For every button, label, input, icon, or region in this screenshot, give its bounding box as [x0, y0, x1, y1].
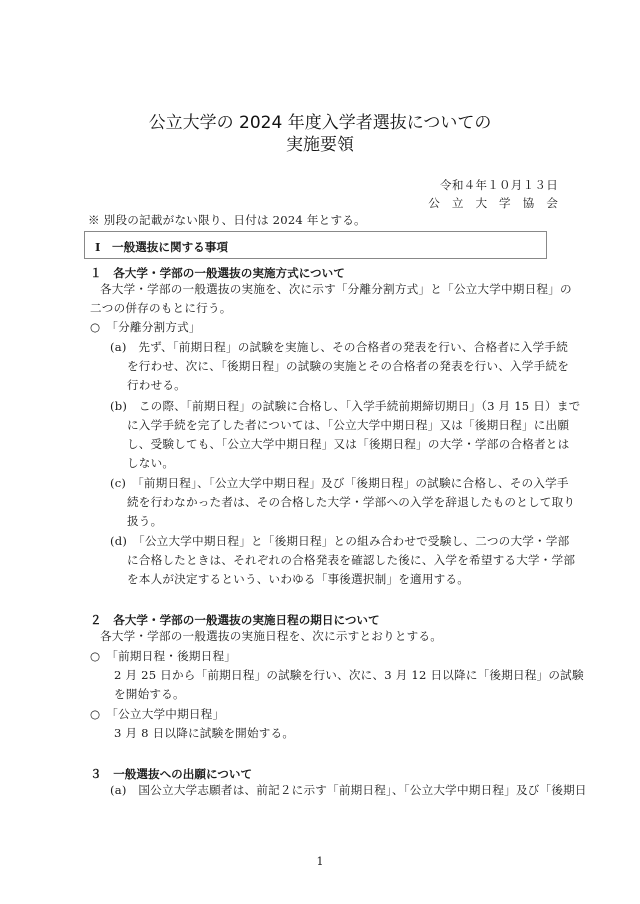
issue-date: 令和４年１０月１３日 — [440, 180, 558, 192]
item-a-line1: (a) 先ず、「前期日程」の試験を実施し、その合格者の発表を行い、合格者に入学手… — [110, 342, 568, 354]
issuer: 公 立 大 学 協 会 — [428, 198, 558, 210]
section2-bullet1-line1: 2 月 25 日から「前期日程」の試験を行い、次に、3 月 12 日以降に「後期… — [114, 670, 584, 682]
section2-bullet1: ○ 「前期日程・後期日程」 — [90, 651, 236, 663]
item-a-line2: を行わせ、次に、「後期日程」の試験の実施とその合格者の発表を行い、入学手続を — [127, 361, 569, 373]
item-c-line1: (c) 「前期日程」、「公立大学中期日程」及び「後期日程」の試験に合格し、その入… — [110, 478, 569, 490]
section2-bullet2-line1: 3 月 8 日以降に試験を開始する。 — [114, 728, 294, 740]
section1-intro-line1: 各大学・学部の一般選抜の実施を、次に示す「分離分割方式」と「公立大学中期日程」の — [100, 284, 572, 296]
item-c-line3: 扱う。 — [127, 516, 162, 528]
item-d-line3: を本人が決定するという、いわゆる「事後選択制」を適用する。 — [127, 574, 469, 586]
item-c-line2: 続を行わなかった者は、その合格した大学・学部への入学を辞退したものとして取り — [127, 497, 575, 509]
section2-intro: 各大学・学部の一般選抜の実施日程を、次に示すとおりとする。 — [100, 631, 442, 643]
item-b-line4: しない。 — [127, 458, 174, 470]
item-a-line3: 行わせる。 — [127, 380, 186, 392]
section3-heading: ３ 一般選抜への出願について — [90, 766, 252, 782]
item-d-line1: (d) 「公立大学中期日程」と「後期日程」との組み合わせで受験し、二つの大学・学… — [110, 536, 569, 548]
item-b-line2: に入学手続を完了した者については、「公立大学中期日程」又は「後期日程」に出願 — [127, 420, 569, 432]
item-d-line2: に合格したときは、それぞれの合格発表を確認した後に、入学を希望する大学・学部 — [127, 555, 575, 567]
section1-bullet: ○ 「分離分割方式」 — [90, 322, 201, 334]
section-box-label: Ⅰ 一般選抜に関する事項 — [95, 239, 228, 255]
section2-bullet1-line2: を開始する。 — [114, 689, 185, 701]
date-note: ※ 別段の記載がない限り、日付は 2024 年とする。 — [88, 215, 366, 227]
section1-intro-line2: 二つの併存のもとに行う。 — [90, 303, 232, 315]
item-b-line3: し、受験しても、「公立大学中期日程」又は「後期日程」の大学・学部の合格者とは — [127, 439, 569, 451]
document-title-line2: 実施要領 — [0, 130, 640, 155]
section2-heading: ２ 各大学・学部の一般選抜の実施日程の期日について — [90, 612, 380, 628]
section1-heading: １ 各大学・学部の一般選抜の実施方式について — [90, 265, 345, 281]
item-b-line1: (b) この際、「前期日程」の試験に合格し、「入学手続前期締切期日」（3 月 1… — [110, 401, 580, 413]
section2-bullet2: ○ 「公立大学中期日程」 — [90, 709, 224, 721]
page-number: 1 — [0, 855, 640, 868]
section3-item-a: (a) 国公立大学志願者は、前記２に示す「前期日程」、「公立大学中期日程」及び「… — [110, 785, 587, 797]
section-box: Ⅰ 一般選抜に関する事項 — [84, 231, 547, 259]
